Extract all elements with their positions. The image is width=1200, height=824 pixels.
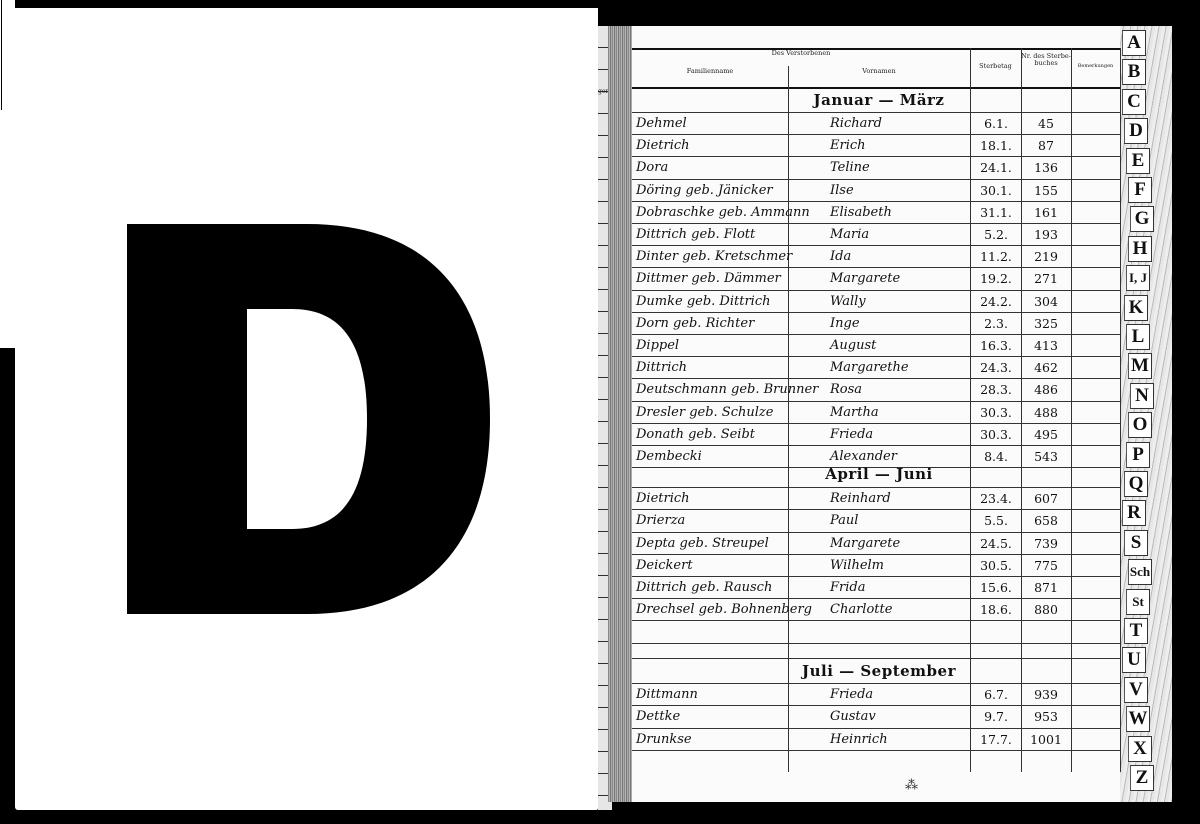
cell-vornamen: Heinrich: [830, 732, 888, 747]
index-tab-c[interactable]: C: [1122, 89, 1146, 115]
ledger-row-line: [632, 267, 1120, 268]
cell-sterbetag: 24.3.: [972, 360, 1020, 375]
cell-nr-sterbebuch: 607: [1022, 491, 1070, 506]
header-sterbetag: Sterbetag: [970, 63, 1021, 70]
background-edge: [1172, 0, 1200, 824]
cell-nr-sterbebuch: 325: [1022, 316, 1070, 331]
cell-vornamen: Frieda: [830, 687, 873, 702]
cell-nr-sterbebuch: 871: [1022, 580, 1070, 595]
index-tab-m[interactable]: M: [1128, 353, 1152, 379]
cell-nr-sterbebuch: 462: [1022, 360, 1070, 375]
cell-sterbetag: 24.2.: [972, 294, 1020, 309]
index-tab-f[interactable]: F: [1128, 177, 1152, 203]
ledger-row-line: [632, 290, 1120, 291]
cell-vornamen: Rosa: [830, 382, 862, 397]
ledger-column-line: [1120, 48, 1121, 772]
cell-familienname: Drechsel geb. Bohnenberg: [636, 602, 812, 617]
cell-familienname: Donath geb. Seibt: [636, 427, 755, 442]
ledger-row-line: [632, 509, 1120, 510]
ledger-row-line: [632, 658, 1120, 659]
ledger-row-line: [632, 554, 1120, 555]
cell-familienname: Dettke: [636, 709, 680, 724]
footer-mark: ⁂: [905, 778, 918, 793]
cell-familienname: Dippel: [636, 338, 679, 353]
cell-sterbetag: 18.1.: [972, 138, 1020, 153]
index-tab-a[interactable]: A: [1122, 30, 1146, 56]
ledger-row-line: [632, 48, 1120, 50]
ledger-row-line: [632, 112, 1120, 113]
cell-vornamen: Alexander: [830, 449, 897, 464]
ledger-row-line: [632, 356, 1120, 357]
index-tab-l[interactable]: L: [1126, 324, 1150, 350]
ledger-row-line: [632, 378, 1120, 379]
cell-vornamen: Frida: [830, 580, 865, 595]
cell-familienname: Deutschmann geb. Brunner: [636, 382, 818, 397]
cell-familienname: Deickert: [636, 558, 693, 573]
cell-vornamen: Reinhard: [830, 491, 891, 506]
cell-vornamen: Margarete: [830, 536, 900, 551]
index-tab-q[interactable]: Q: [1124, 471, 1148, 497]
cell-vornamen: August: [830, 338, 876, 353]
index-tab-b[interactable]: B: [1122, 59, 1146, 85]
cell-sterbetag: 6.7.: [972, 687, 1020, 702]
cell-sterbetag: 30.3.: [972, 427, 1020, 442]
cell-familienname: Dora: [636, 160, 668, 175]
cell-nr-sterbebuch: 739: [1022, 536, 1070, 551]
ledger-row-line: [632, 532, 1120, 533]
index-tab-k[interactable]: K: [1124, 295, 1148, 321]
cell-nr-sterbebuch: 775: [1022, 558, 1070, 573]
cell-nr-sterbebuch: 543: [1022, 449, 1070, 464]
ledger-row-line: [632, 728, 1120, 729]
index-tab-d[interactable]: D: [1124, 118, 1148, 144]
cell-nr-sterbebuch: 219: [1022, 249, 1070, 264]
ledger-row-line: [632, 620, 1120, 621]
ledger-row-line: [632, 643, 1120, 644]
ledger-row-line: [632, 334, 1120, 335]
cell-sterbetag: 9.7.: [972, 709, 1020, 724]
ledger-row-line: [632, 598, 1120, 599]
index-tab-ij[interactable]: I, J: [1126, 265, 1150, 291]
header-nr-sterbebuch: Nr. des Sterbe-buches: [1021, 53, 1071, 68]
cell-sterbetag: 5.2.: [972, 227, 1020, 242]
cell-vornamen: Erich: [830, 138, 866, 153]
cell-sterbetag: 6.1.: [972, 116, 1020, 131]
section-heading: Januar — März: [788, 91, 970, 109]
ledger-row-line: [632, 156, 1120, 157]
cell-familienname: Dietrich: [636, 138, 690, 153]
cell-familienname: Dittmer geb. Dämmer: [636, 271, 781, 286]
cell-vornamen: Ida: [830, 249, 851, 264]
cell-nr-sterbebuch: 495: [1022, 427, 1070, 442]
ledger-row-line: [632, 423, 1120, 424]
cell-nr-sterbebuch: 658: [1022, 513, 1070, 528]
cell-nr-sterbebuch: 136: [1022, 160, 1070, 175]
cell-vornamen: Teline: [830, 160, 870, 175]
index-tab-sch[interactable]: Sch: [1128, 559, 1152, 585]
cell-nr-sterbebuch: 45: [1022, 116, 1070, 131]
ledger-row-line: [632, 245, 1120, 246]
ledger-row-line: [632, 201, 1120, 202]
cell-nr-sterbebuch: 486: [1022, 382, 1070, 397]
index-tab-s[interactable]: S: [1124, 530, 1148, 556]
cell-sterbetag: 31.1.: [972, 205, 1020, 220]
header-familienname: Familienname: [632, 68, 788, 75]
cell-sterbetag: 18.6.: [972, 602, 1020, 617]
cell-familienname: Dittmann: [636, 687, 698, 702]
cell-nr-sterbebuch: 155: [1022, 183, 1070, 198]
cell-vornamen: Martha: [830, 405, 879, 420]
ledger-row-line: [632, 705, 1120, 706]
ledger-row-line: [632, 445, 1120, 446]
cell-vornamen: Charlotte: [830, 602, 892, 617]
cell-nr-sterbebuch: 413: [1022, 338, 1070, 353]
cell-familienname: Döring geb. Jänicker: [636, 183, 773, 198]
index-tab-v[interactable]: V: [1124, 677, 1148, 703]
cell-nr-sterbebuch: 193: [1022, 227, 1070, 242]
cell-sterbetag: 30.3.: [972, 405, 1020, 420]
cell-familienname: Dresler geb. Schulze: [636, 405, 773, 420]
cell-vornamen: Maria: [830, 227, 869, 242]
cell-familienname: Dumke geb. Dittrich: [636, 294, 770, 309]
cell-nr-sterbebuch: 953: [1022, 709, 1070, 724]
cell-sterbetag: 30.5.: [972, 558, 1020, 573]
ledger-row-line: [632, 134, 1120, 135]
cell-sterbetag: 11.2.: [972, 249, 1020, 264]
ledger-row-line: [632, 223, 1120, 224]
index-tab-x[interactable]: X: [1128, 736, 1152, 762]
cell-sterbetag: 17.7.: [972, 732, 1020, 747]
index-tab-g[interactable]: G: [1130, 206, 1154, 232]
cell-familienname: Dietrich: [636, 491, 690, 506]
cell-familienname: Dittrich: [636, 360, 687, 375]
ledger-row-line: [632, 179, 1120, 180]
cell-vornamen: Richard: [830, 116, 882, 131]
index-tab-o[interactable]: O: [1128, 412, 1152, 438]
ledger-row-line: [632, 487, 1120, 488]
index-tab-t[interactable]: T: [1124, 618, 1148, 644]
cell-sterbetag: 15.6.: [972, 580, 1020, 595]
cell-sterbetag: 24.5.: [972, 536, 1020, 551]
index-divider-card: [15, 8, 598, 810]
cell-vornamen: Gustav: [830, 709, 876, 724]
divider-letter: [127, 224, 492, 614]
cell-nr-sterbebuch: 880: [1022, 602, 1070, 617]
cell-sterbetag: 2.3.: [972, 316, 1020, 331]
ledger-column-line: [970, 48, 971, 772]
index-tab-p[interactable]: P: [1126, 442, 1150, 468]
cell-sterbetag: 30.1.: [972, 183, 1020, 198]
cell-sterbetag: 23.4.: [972, 491, 1020, 506]
cell-familienname: Dehmel: [636, 116, 687, 131]
cell-nr-sterbebuch: 304: [1022, 294, 1070, 309]
cell-nr-sterbebuch: 488: [1022, 405, 1070, 420]
cell-vornamen: Ilse: [830, 183, 854, 198]
cell-familienname: Dembecki: [636, 449, 702, 464]
cell-vornamen: Frieda: [830, 427, 873, 442]
cell-vornamen: Wilhelm: [830, 558, 884, 573]
cell-nr-sterbebuch: 161: [1022, 205, 1070, 220]
cell-nr-sterbebuch: 271: [1022, 271, 1070, 286]
cell-sterbetag: 19.2.: [972, 271, 1020, 286]
cell-vornamen: Paul: [830, 513, 858, 528]
cell-familienname: Dorn geb. Richter: [636, 316, 754, 331]
cell-sterbetag: 24.1.: [972, 160, 1020, 175]
cell-familienname: Drierza: [636, 513, 685, 528]
cell-vornamen: Margarete: [830, 271, 900, 286]
ledger-row-line: [632, 750, 1120, 751]
cell-familienname: Drunkse: [636, 732, 692, 747]
header-bemerkungen: Bemerkungen: [1071, 64, 1120, 70]
cell-nr-sterbebuch: 1001: [1022, 732, 1070, 747]
section-heading: Juli — September: [788, 662, 970, 680]
header-vornamen: Vornamen: [788, 68, 970, 75]
cell-familienname: Dittrich geb. Rausch: [636, 580, 772, 595]
section-heading: April — Juni: [788, 465, 970, 483]
book-gutter: [608, 26, 632, 802]
ledger-row-line: [632, 87, 1120, 89]
ledger-row-line: [632, 312, 1120, 313]
cell-sterbetag: 5.5.: [972, 513, 1020, 528]
ledger-row-line: [632, 401, 1120, 402]
cell-vornamen: Wally: [830, 294, 866, 309]
cell-familienname: Dinter geb. Kretschmer: [636, 249, 792, 264]
cell-nr-sterbebuch: 939: [1022, 687, 1070, 702]
cell-vornamen: Margarethe: [830, 360, 909, 375]
ledger-row-line: [632, 683, 1120, 684]
index-tab-u[interactable]: U: [1122, 647, 1146, 673]
cell-sterbetag: 8.4.: [972, 449, 1020, 464]
cell-vornamen: Elisabeth: [830, 205, 892, 220]
left-edge-strip: [0, 0, 16, 348]
cell-sterbetag: 16.3.: [972, 338, 1020, 353]
cell-vornamen: Inge: [830, 316, 860, 331]
letter-d-glyph: [127, 224, 492, 614]
header-group-label: Des Verstorbenen: [632, 50, 970, 57]
cell-familienname: Dobraschke geb. Ammann: [636, 205, 810, 220]
index-tab-h[interactable]: H: [1128, 236, 1152, 262]
cell-nr-sterbebuch: 87: [1022, 138, 1070, 153]
ledger-row-line: [632, 576, 1120, 577]
index-tab-e[interactable]: E: [1126, 148, 1150, 174]
cell-familienname: Depta geb. Streupel: [636, 536, 769, 551]
index-tab-w[interactable]: W: [1126, 706, 1150, 732]
index-tab-n[interactable]: N: [1130, 383, 1154, 409]
cell-sterbetag: 28.3.: [972, 382, 1020, 397]
index-tab-st[interactable]: St: [1126, 589, 1150, 615]
index-tab-z[interactable]: Z: [1130, 765, 1154, 791]
cell-familienname: Dittrich geb. Flott: [636, 227, 755, 242]
index-tab-r[interactable]: R: [1122, 500, 1146, 526]
ledger-column-line: [1071, 48, 1072, 772]
